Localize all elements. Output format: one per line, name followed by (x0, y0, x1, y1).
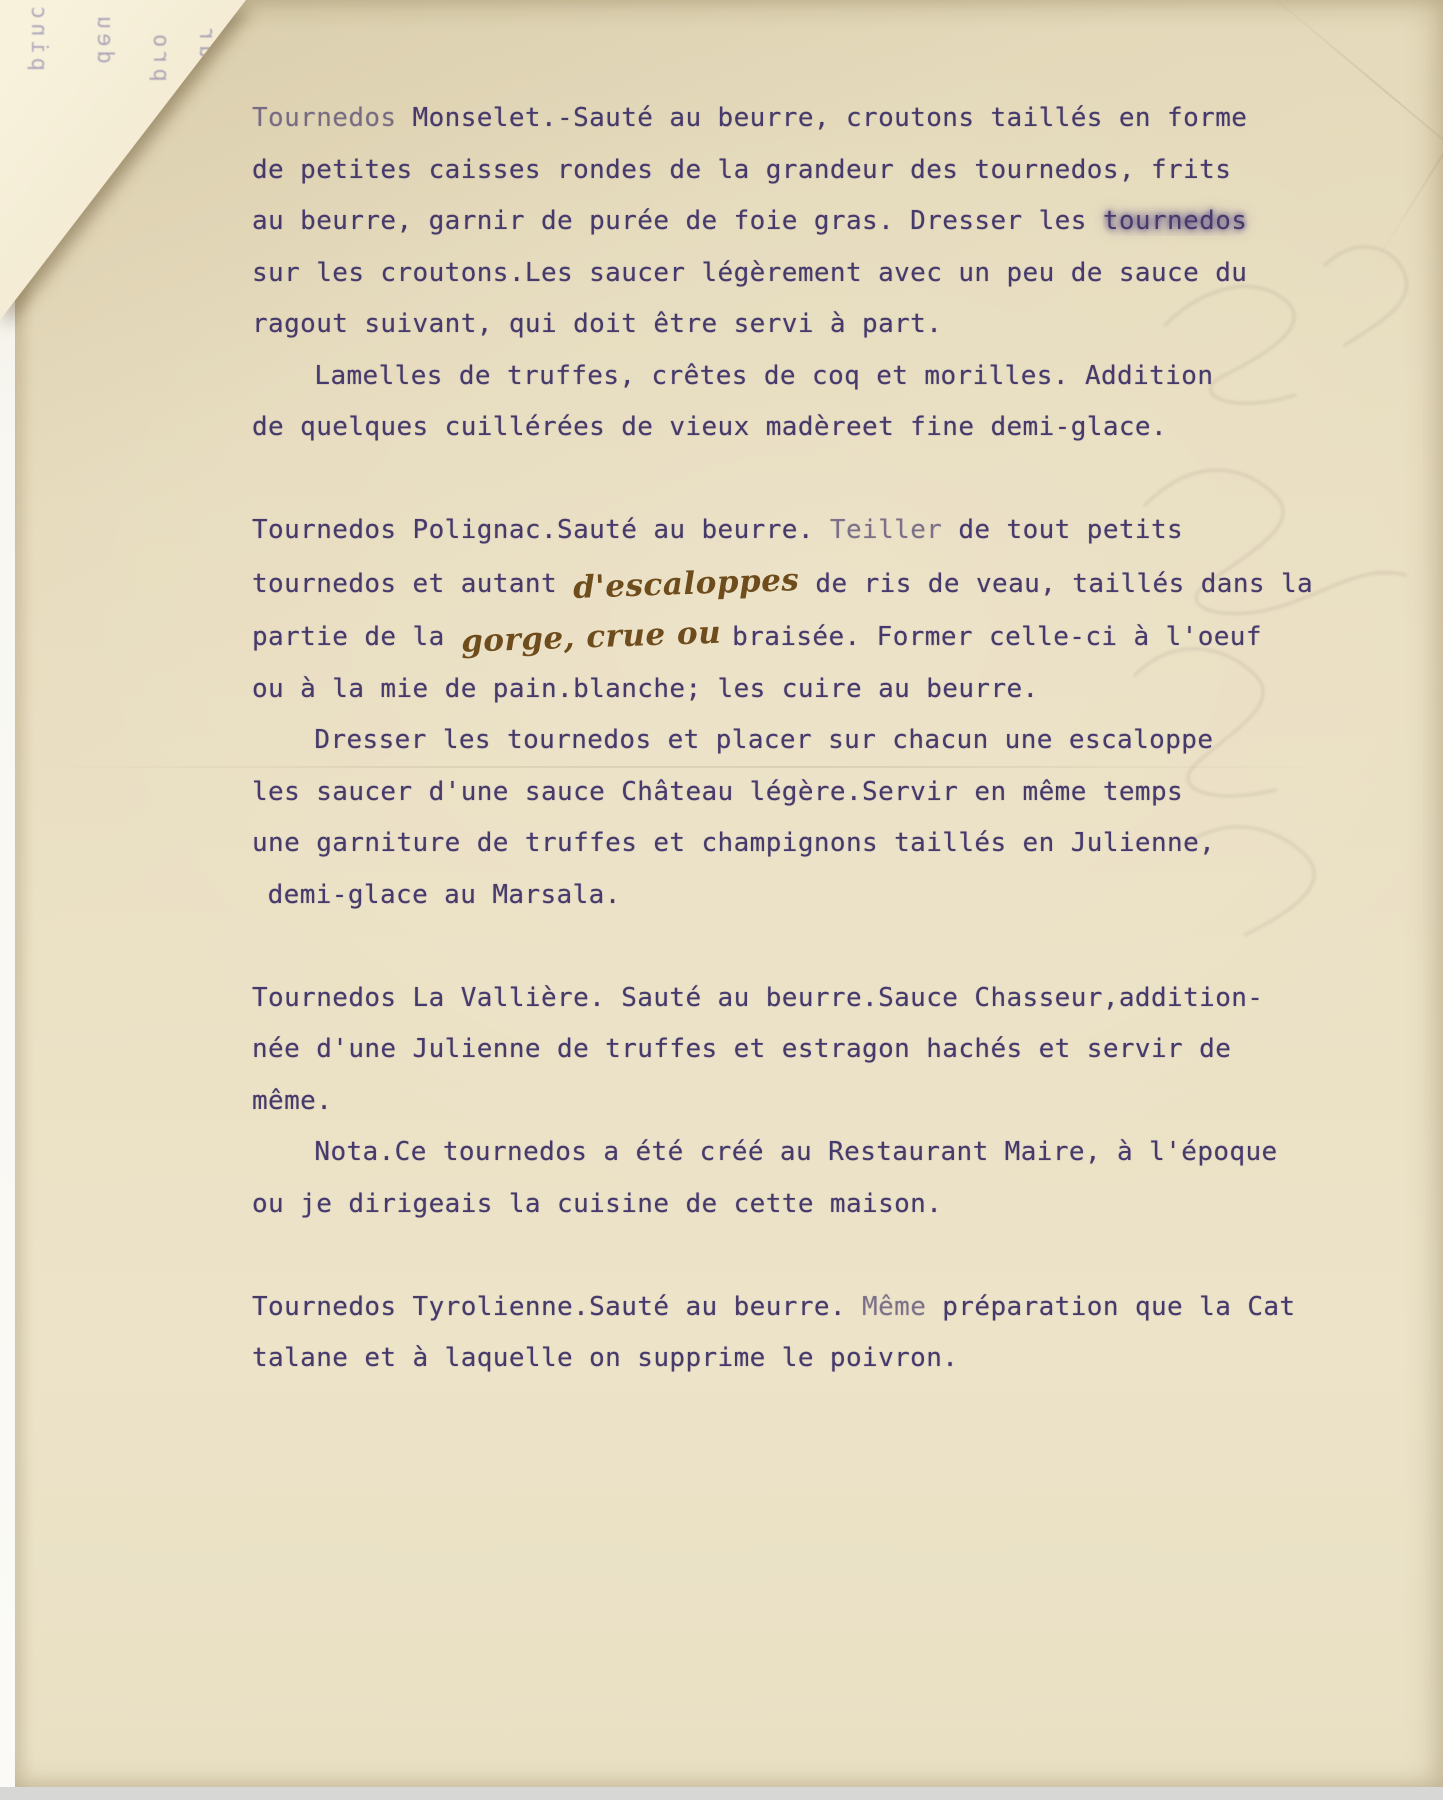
document-line: Tournedos Monselet.-Sauté au beurre, cro… (252, 93, 1282, 145)
fold-ghost-text: deu (92, 12, 117, 64)
document-line: de quelques cuillérées de vieux madèreet… (252, 402, 1282, 454)
document-line: Tournedos La Vallière. Sauté au beurre.S… (252, 973, 1282, 1025)
typed-text: préparation que la Cat (926, 1292, 1295, 1322)
document-line: Dresser les tournedos et placer sur chac… (252, 715, 1282, 767)
diagonal-crease (1258, 0, 1443, 198)
folded-corner: pincdeuproTour (0, 0, 330, 360)
document-line: de petites caisses rondes de la grandeur… (252, 145, 1282, 197)
document-line: au beurre, garnir de purée de foie gras.… (252, 196, 1282, 248)
diagonal-crease (1375, 40, 1443, 262)
typed-text: Même (862, 1292, 926, 1322)
typed-text: partie de la (252, 622, 461, 652)
document-line: ragout suivant, qui doit être servi à pa… (252, 299, 1282, 351)
fold-ghost-text: pinc (26, 2, 51, 71)
document-line: partie de la gorge, crue ou braisée. For… (252, 610, 1282, 664)
typed-text: sur les croutons.Les saucer légèrement a… (252, 258, 1247, 288)
document-line: demi-glace au Marsala. (252, 870, 1282, 922)
folded-corner-paper: pincdeuproTour (0, 0, 330, 360)
typed-text: Lamelles de truffes, crêtes de coq et mo… (314, 361, 1213, 391)
document-line: née d'une Julienne de truffes et estrago… (252, 1024, 1282, 1076)
document-lines: Tournedos Monselet.-Sauté au beurre, cro… (252, 93, 1282, 1385)
typed-text: Tournedos Tyrolienne.Sauté au beurre. (252, 1292, 862, 1322)
typed-text: Monselet.-Sauté au beurre, croutons tail… (396, 103, 1247, 133)
document-line: Tournedos Polignac.Sauté au beurre. Teil… (252, 505, 1282, 557)
document-line: tournedos et autant d'escaloppes de ris … (252, 557, 1282, 611)
document-line: sur les croutons.Les saucer légèrement a… (252, 248, 1282, 300)
typed-text: les saucer d'une sauce Château légère.Se… (252, 777, 1183, 807)
typed-text: Dresser les tournedos et placer sur chac… (314, 725, 1213, 755)
typed-text: ragout suivant, qui doit être servi à pa… (252, 309, 942, 339)
typed-text: de ris de veau, taillés dans la (799, 569, 1313, 599)
document-line: ou je dirigeais la cuisine de cette mais… (252, 1179, 1282, 1231)
typed-text: même. (252, 1086, 332, 1116)
document-line: Nota.Ce tournedos a été créé au Restaura… (252, 1127, 1282, 1179)
typed-text: talane et à laquelle on supprime le poiv… (252, 1343, 958, 1373)
typed-text: de quelques cuillérées de vieux madèreet… (252, 412, 1167, 442)
fold-ghost-text: pro (148, 30, 173, 82)
typed-text: tournedos et autant (252, 569, 573, 599)
typed-text: ou je dirigeais la cuisine de cette mais… (252, 1189, 942, 1219)
scan-backdrop: { "scan": { "description_language": "Fre… (0, 0, 1443, 1800)
typed-text: de petites caisses rondes de la grandeur… (252, 155, 1231, 185)
document-line: talane et à laquelle on supprime le poiv… (252, 1333, 1282, 1385)
typed-text: ou à la mie de pain.blanche; les cuire a… (252, 674, 1039, 704)
document-line: même. (252, 1076, 1282, 1128)
typed-text: Tournedos La Vallière. Sauté au beurre.S… (252, 983, 1263, 1013)
document-line: ou à la mie de pain.blanche; les cuire a… (252, 664, 1282, 716)
document-line: Tournedos Tyrolienne.Sauté au beurre. Mê… (252, 1282, 1282, 1334)
document-line: les saucer d'une sauce Château légère.Se… (252, 767, 1282, 819)
typed-text: demi-glace au Marsala. (268, 880, 621, 910)
typed-text: de tout petits (942, 515, 1183, 545)
handwritten-text: gorge, crue ou (460, 607, 733, 668)
typed-text: Teiller (830, 515, 942, 545)
typed-text: au beurre, garnir de purée de foie gras.… (252, 206, 1103, 236)
document-line: Lamelles de truffes, crêtes de coq et mo… (252, 351, 1282, 403)
fold-ghost-text: Tour (194, 24, 219, 93)
typed-text: braisée. Former celle-ci à l'oeuf (732, 622, 1262, 652)
handwritten-text: d'escaloppes (572, 555, 800, 614)
typed-text: Tournedos Polignac.Sauté au beurre. (252, 515, 830, 545)
typed-text: Nota.Ce tournedos a été créé au Restaura… (314, 1137, 1277, 1167)
smudged-typed-text: tournedos (1103, 206, 1247, 236)
typed-text: une garniture de truffes et champignons … (252, 828, 1215, 858)
typed-text: née d'une Julienne de truffes et estrago… (252, 1034, 1231, 1064)
document-line: une garniture de truffes et champignons … (252, 818, 1282, 870)
